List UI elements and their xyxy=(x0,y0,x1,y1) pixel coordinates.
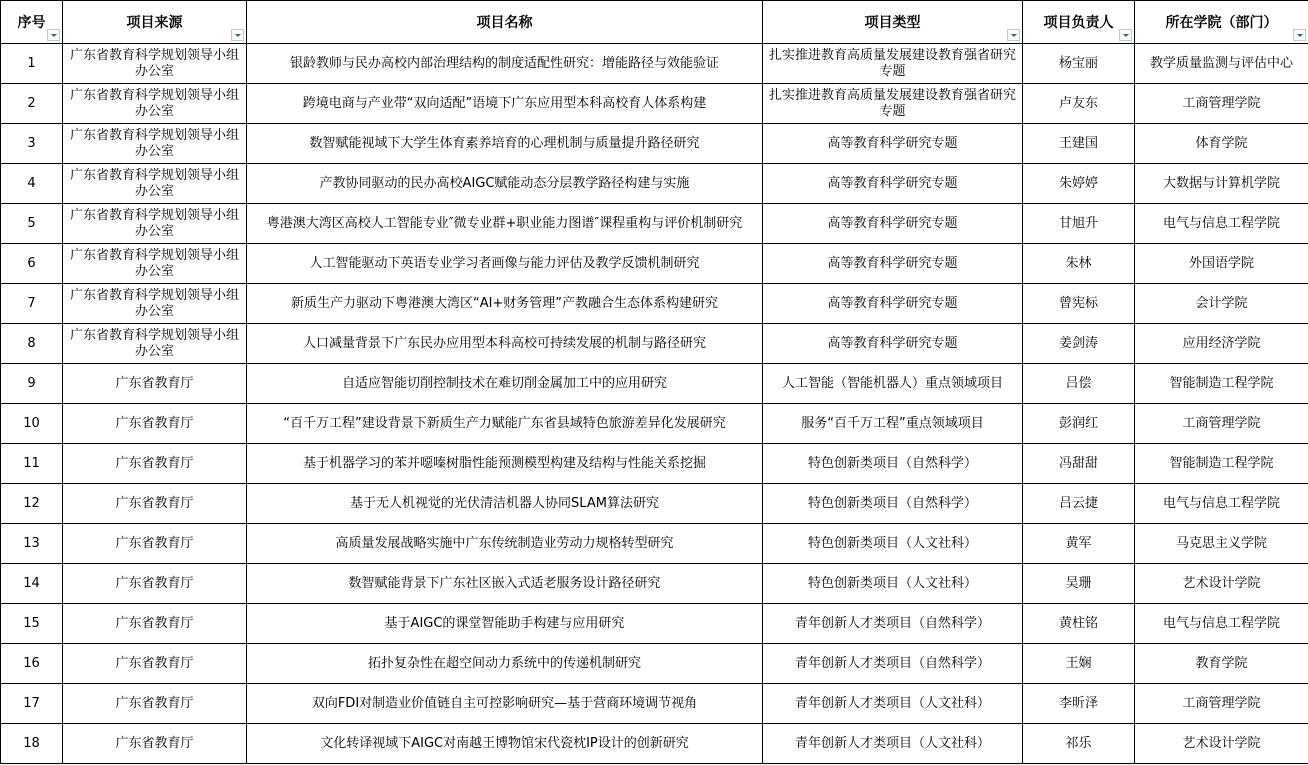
cell-no[interactable]: 4 xyxy=(1,164,63,204)
cell-type[interactable]: 特色创新类项目（自然科学） xyxy=(763,444,1023,484)
cell-type[interactable]: 高等教育科学研究专题 xyxy=(763,204,1023,244)
cell-leader[interactable]: 王娴 xyxy=(1023,644,1135,684)
table-row: 1广东省教育科学规划领导小组办公室银龄教师与民办高校内部治理结构的制度适配性研究… xyxy=(1,44,1308,84)
cell-name[interactable]: 拓扑复杂性在超空间动力系统中的传递机制研究 xyxy=(247,644,763,684)
cell-college[interactable]: 大数据与计算机学院 xyxy=(1135,164,1308,204)
cell-leader[interactable]: 冯甜甜 xyxy=(1023,444,1135,484)
cell-no[interactable]: 15 xyxy=(1,604,63,644)
cell-college[interactable]: 电气与信息工程学院 xyxy=(1135,204,1308,244)
cell-college[interactable]: 工商管理学院 xyxy=(1135,684,1308,724)
cell-name[interactable]: 产教协同驱动的民办高校AIGC赋能动态分层教学路径构建与实施 xyxy=(247,164,763,204)
cell-college[interactable]: 应用经济学院 xyxy=(1135,324,1308,364)
cell-leader[interactable]: 黄军 xyxy=(1023,524,1135,564)
cell-college[interactable]: 工商管理学院 xyxy=(1135,84,1308,124)
cell-source[interactable]: 广东省教育科学规划领导小组办公室 xyxy=(63,164,247,204)
cell-source[interactable]: 广东省教育厅 xyxy=(63,524,247,564)
table-row: 3广东省教育科学规划领导小组办公室数智赋能视域下大学生体育素养培育的心理机制与质… xyxy=(1,124,1308,164)
cell-leader[interactable]: 曾宪标 xyxy=(1023,284,1135,324)
cell-name[interactable]: 数智赋能背景下广东社区嵌入式适老服务设计路径研究 xyxy=(247,564,763,604)
cell-leader[interactable]: 彭润红 xyxy=(1023,404,1135,444)
cell-no[interactable]: 8 xyxy=(1,324,63,364)
cell-type[interactable]: 扎实推进教育高质量发展建设教育强省研究专题 xyxy=(763,84,1023,124)
cell-name[interactable]: 人工智能驱动下英语专业学习者画像与能力评估及教学反馈机制研究 xyxy=(247,244,763,284)
cell-type[interactable]: 青年创新人才类项目（人文社科） xyxy=(763,724,1023,764)
cell-type[interactable]: 高等教育科学研究专题 xyxy=(763,124,1023,164)
table-row: 10广东省教育厅“百千万工程”建设背景下新质生产力赋能广东省县域特色旅游差异化发… xyxy=(1,404,1308,444)
filter-dropdown-icon[interactable] xyxy=(47,29,60,41)
projects-table: 序号 项目来源 项目名称 项目类型 项目负责人 所在学院（部门） 1广东省教育科… xyxy=(0,0,1308,764)
cell-college[interactable]: 电气与信息工程学院 xyxy=(1135,484,1308,524)
cell-no[interactable]: 1 xyxy=(1,44,63,84)
cell-source[interactable]: 广东省教育厅 xyxy=(63,684,247,724)
cell-college[interactable]: 外国语学院 xyxy=(1135,244,1308,284)
header-no: 序号 xyxy=(1,1,63,44)
header-type: 项目类型 xyxy=(763,1,1023,44)
cell-name[interactable]: 粤港澳大湾区高校人工智能专业″微专业群+职业能力图谱″课程重构与评价机制研究 xyxy=(247,204,763,244)
cell-type[interactable]: 人工智能（智能机器人）重点领域项目 xyxy=(763,364,1023,404)
cell-source[interactable]: 广东省教育厅 xyxy=(63,404,247,444)
table-row: 15广东省教育厅基于AIGC的课堂智能助手构建与应用研究青年创新人才类项目（自然… xyxy=(1,604,1308,644)
cell-college[interactable]: 体育学院 xyxy=(1135,124,1308,164)
cell-name[interactable]: 基于机器学习的苯并噁嗪树脂性能预测模型构建及结构与性能关系挖掘 xyxy=(247,444,763,484)
cell-type[interactable]: 高等教育科学研究专题 xyxy=(763,284,1023,324)
cell-name[interactable]: 人口减量背景下广东民办应用型本科高校可持续发展的机制与路径研究 xyxy=(247,324,763,364)
table-row: 9广东省教育厅自适应智能切削控制技术在难切削金属加工中的应用研究人工智能（智能机… xyxy=(1,364,1308,404)
cell-leader[interactable]: 朱婷婷 xyxy=(1023,164,1135,204)
cell-no[interactable]: 17 xyxy=(1,684,63,724)
table-row: 17广东省教育厅双向FDI对制造业价值链自主可控影响研究—基于营商环境调节视角青… xyxy=(1,684,1308,724)
cell-no[interactable]: 6 xyxy=(1,244,63,284)
cell-college[interactable]: 教育学院 xyxy=(1135,644,1308,684)
cell-no[interactable]: 5 xyxy=(1,204,63,244)
cell-source[interactable]: 广东省教育科学规划领导小组办公室 xyxy=(63,124,247,164)
cell-type[interactable]: 青年创新人才类项目（自然科学） xyxy=(763,644,1023,684)
filter-dropdown-icon[interactable] xyxy=(1007,29,1020,41)
cell-source[interactable]: 广东省教育厅 xyxy=(63,484,247,524)
table-row: 5广东省教育科学规划领导小组办公室粤港澳大湾区高校人工智能专业″微专业群+职业能… xyxy=(1,204,1308,244)
cell-type[interactable]: 特色创新类项目（人文社科） xyxy=(763,524,1023,564)
table-row: 7广东省教育科学规划领导小组办公室新质生产力驱动下粤港澳大湾区“AI+财务管理”… xyxy=(1,284,1308,324)
table-row: 8广东省教育科学规划领导小组办公室人口减量背景下广东民办应用型本科高校可持续发展… xyxy=(1,324,1308,364)
cell-no[interactable]: 11 xyxy=(1,444,63,484)
cell-source[interactable]: 广东省教育厅 xyxy=(63,724,247,764)
cell-type[interactable]: 特色创新类项目（自然科学） xyxy=(763,484,1023,524)
table-row: 2广东省教育科学规划领导小组办公室跨境电商与产业带“双向适配”语境下广东应用型本… xyxy=(1,84,1308,124)
header-row: 序号 项目来源 项目名称 项目类型 项目负责人 所在学院（部门） xyxy=(1,1,1308,44)
cell-source[interactable]: 广东省教育厅 xyxy=(63,444,247,484)
cell-no[interactable]: 12 xyxy=(1,484,63,524)
cell-name[interactable]: 新质生产力驱动下粤港澳大湾区“AI+财务管理”产教融合生态体系构建研究 xyxy=(247,284,763,324)
cell-no[interactable]: 18 xyxy=(1,724,63,764)
cell-no[interactable]: 16 xyxy=(1,644,63,684)
cell-college[interactable]: 艺术设计学院 xyxy=(1135,724,1308,764)
cell-no[interactable]: 13 xyxy=(1,524,63,564)
cell-name[interactable]: 文化转译视域下AIGC对南越王博物馆宋代瓷枕IP设计的创新研究 xyxy=(247,724,763,764)
cell-source[interactable]: 广东省教育科学规划领导小组办公室 xyxy=(63,204,247,244)
cell-college[interactable]: 工商管理学院 xyxy=(1135,404,1308,444)
cell-source[interactable]: 广东省教育科学规划领导小组办公室 xyxy=(63,324,247,364)
cell-type[interactable]: 服务“百千万工程”重点领域项目 xyxy=(763,404,1023,444)
cell-leader[interactable]: 卢友东 xyxy=(1023,84,1135,124)
cell-college[interactable]: 电气与信息工程学院 xyxy=(1135,604,1308,644)
cell-college[interactable]: 智能制造工程学院 xyxy=(1135,364,1308,404)
cell-type[interactable]: 青年创新人才类项目（自然科学） xyxy=(763,604,1023,644)
cell-college[interactable]: 艺术设计学院 xyxy=(1135,564,1308,604)
cell-type[interactable]: 高等教育科学研究专题 xyxy=(763,324,1023,364)
cell-name[interactable]: 跨境电商与产业带“双向适配”语境下广东应用型本科高校育人体系构建 xyxy=(247,84,763,124)
cell-source[interactable]: 广东省教育科学规划领导小组办公室 xyxy=(63,244,247,284)
cell-name[interactable]: 数智赋能视域下大学生体育素养培育的心理机制与质量提升路径研究 xyxy=(247,124,763,164)
cell-source[interactable]: 广东省教育科学规划领导小组办公室 xyxy=(63,284,247,324)
cell-type[interactable]: 高等教育科学研究专题 xyxy=(763,244,1023,284)
table-row: 14广东省教育厅数智赋能背景下广东社区嵌入式适老服务设计路径研究特色创新类项目（… xyxy=(1,564,1308,604)
table-row: 4广东省教育科学规划领导小组办公室产教协同驱动的民办高校AIGC赋能动态分层教学… xyxy=(1,164,1308,204)
cell-leader[interactable]: 杨宝丽 xyxy=(1023,44,1135,84)
header-name: 项目名称 xyxy=(247,1,763,44)
cell-no[interactable]: 9 xyxy=(1,364,63,404)
cell-name[interactable]: 高质量发展战略实施中广东传统制造业劳动力规格转型研究 xyxy=(247,524,763,564)
cell-type[interactable]: 青年创新人才类项目（人文社科） xyxy=(763,684,1023,724)
cell-leader[interactable]: 李昕泽 xyxy=(1023,684,1135,724)
filter-dropdown-icon[interactable] xyxy=(1119,29,1132,41)
cell-name[interactable]: 银龄教师与民办高校内部治理结构的制度适配性研究：增能路径与效能验证 xyxy=(247,44,763,84)
filter-dropdown-icon[interactable] xyxy=(231,29,244,41)
cell-college[interactable]: 会计学院 xyxy=(1135,284,1308,324)
table-row: 18广东省教育厅文化转译视域下AIGC对南越王博物馆宋代瓷枕IP设计的创新研究青… xyxy=(1,724,1308,764)
cell-no[interactable]: 3 xyxy=(1,124,63,164)
cell-leader[interactable]: 吕云捷 xyxy=(1023,484,1135,524)
cell-college[interactable]: 马克思主义学院 xyxy=(1135,524,1308,564)
cell-college[interactable]: 教学质量监测与评估中心 xyxy=(1135,44,1308,84)
cell-type[interactable]: 高等教育科学研究专题 xyxy=(763,164,1023,204)
cell-leader[interactable]: 朱林 xyxy=(1023,244,1135,284)
cell-source[interactable]: 广东省教育科学规划领导小组办公室 xyxy=(63,44,247,84)
header-source: 项目来源 xyxy=(63,1,247,44)
cell-leader[interactable]: 吕偿 xyxy=(1023,364,1135,404)
cell-leader[interactable]: 姜剑涛 xyxy=(1023,324,1135,364)
header-leader: 项目负责人 xyxy=(1023,1,1135,44)
table-row: 16广东省教育厅拓扑复杂性在超空间动力系统中的传递机制研究青年创新人才类项目（自… xyxy=(1,644,1308,684)
cell-type[interactable]: 扎实推进教育高质量发展建设教育强省研究专题 xyxy=(763,44,1023,84)
cell-leader[interactable]: 王建国 xyxy=(1023,124,1135,164)
cell-no[interactable]: 2 xyxy=(1,84,63,124)
cell-leader[interactable]: 吴珊 xyxy=(1023,564,1135,604)
cell-name[interactable]: 双向FDI对制造业价值链自主可控影响研究—基于营商环境调节视角 xyxy=(247,684,763,724)
cell-college[interactable]: 智能制造工程学院 xyxy=(1135,444,1308,484)
cell-type[interactable]: 特色创新类项目（人文社科） xyxy=(763,564,1023,604)
table-row: 13广东省教育厅高质量发展战略实施中广东传统制造业劳动力规格转型研究特色创新类项… xyxy=(1,524,1308,564)
cell-no[interactable]: 10 xyxy=(1,404,63,444)
cell-source[interactable]: 广东省教育厅 xyxy=(63,564,247,604)
header-college: 所在学院（部门） xyxy=(1135,1,1308,44)
table-row: 12广东省教育厅基于无人机视觉的光伏清洁机器人协同SLAM算法研究特色创新类项目… xyxy=(1,484,1308,524)
table-row: 11广东省教育厅基于机器学习的苯并噁嗪树脂性能预测模型构建及结构与性能关系挖掘特… xyxy=(1,444,1308,484)
cell-leader[interactable]: 甘旭升 xyxy=(1023,204,1135,244)
cell-leader[interactable]: 祁乐 xyxy=(1023,724,1135,764)
cell-source[interactable]: 广东省教育厅 xyxy=(63,364,247,404)
cell-source[interactable]: 广东省教育厅 xyxy=(63,604,247,644)
table-row: 6广东省教育科学规划领导小组办公室人工智能驱动下英语专业学习者画像与能力评估及教… xyxy=(1,244,1308,284)
cell-name[interactable]: 基于AIGC的课堂智能助手构建与应用研究 xyxy=(247,604,763,644)
filter-dropdown-icon[interactable] xyxy=(1293,29,1306,41)
cell-name[interactable]: 基于无人机视觉的光伏清洁机器人协同SLAM算法研究 xyxy=(247,484,763,524)
cell-no[interactable]: 7 xyxy=(1,284,63,324)
cell-leader[interactable]: 黄柱铭 xyxy=(1023,604,1135,644)
cell-name[interactable]: “百千万工程”建设背景下新质生产力赋能广东省县域特色旅游差异化发展研究 xyxy=(247,404,763,444)
cell-source[interactable]: 广东省教育科学规划领导小组办公室 xyxy=(63,84,247,124)
cell-no[interactable]: 14 xyxy=(1,564,63,604)
cell-source[interactable]: 广东省教育厅 xyxy=(63,644,247,684)
cell-name[interactable]: 自适应智能切削控制技术在难切削金属加工中的应用研究 xyxy=(247,364,763,404)
